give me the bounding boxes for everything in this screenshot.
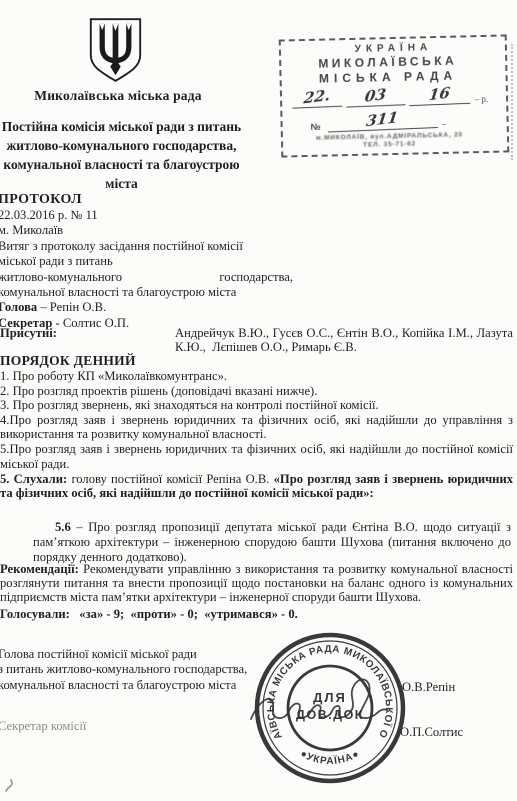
commission-line: житлово-комунального господарства, xyxy=(0,136,243,155)
registration-stamp: УКРАЇНА МИКОЛАЇВСЬКА МІСЬКА РАДА 22. 03 … xyxy=(279,34,510,157)
secretary-title: Секретар комісії xyxy=(0,719,86,734)
tryzub-emblem-icon xyxy=(87,15,144,86)
stamp-year-suffix: – р. xyxy=(474,94,488,104)
registration-stamp-content: УКРАЇНА МИКОЛАЇВСЬКА МІСЬКА РАДА 22. 03 … xyxy=(281,37,492,151)
handwritten-number: 311 xyxy=(366,108,400,130)
present-label: Присутні: xyxy=(0,326,57,341)
agenda-block: ПОРЯДОК ДЕННИЙ 1. Про роботу КП «Миколаї… xyxy=(0,353,513,471)
extract-left: житлово-комунального xyxy=(0,270,122,285)
commission-line: комунальної власності та благоустрою xyxy=(0,155,243,174)
stamp-number-label: № xyxy=(311,122,322,132)
agenda-item: 1. Про роботу КП «Миколаївкомунтранс». xyxy=(0,369,513,384)
org-name: Миколаївська міська рада xyxy=(18,88,218,104)
scan-edge-artifact xyxy=(511,44,513,160)
pen-mark-artifact xyxy=(3,776,19,794)
stamp-number-suffix: – xyxy=(442,119,447,129)
secretary-value: - Солтис О.П. xyxy=(52,316,129,330)
hearing-label: 5. Слухали: xyxy=(0,472,67,486)
agenda-item: 4.Про розгляд заяв і звернень юридичних … xyxy=(0,413,513,442)
handwritten-year: 16 xyxy=(428,84,451,105)
agenda-item: 5.Про розгляд заяв і звернень юридичних … xyxy=(0,442,513,471)
sub-item-text: – Про розгляд пропозиції депутата місько… xyxy=(33,520,511,564)
agenda-item: 2. Про розгляд проектів рішень (доповіда… xyxy=(0,384,513,399)
extract-line: Витяг з протоколу засідання постійної ко… xyxy=(0,239,513,254)
recommendations-label: Рекомендації: xyxy=(0,562,79,576)
present-names-line: Андрейчук В.Ю., Гусєв О.С., Єнтін В.О., … xyxy=(175,326,513,340)
present-names: Андрейчук В.Ю., Гусєв О.С., Єнтін В.О., … xyxy=(175,326,513,354)
extract-line: комунальної власності та благоустрою міс… xyxy=(0,285,513,300)
sub-item-paragraph: 5.6 – Про розгляд пропозиції депутата мі… xyxy=(33,520,511,565)
hearing-intro: голову постійної комісії Репіна О.В. xyxy=(67,472,273,486)
vote-line: Голосували: «за» - 9; «проти» - 0; «утри… xyxy=(0,607,298,622)
recommendations-paragraph: Рекомендації: Рекомендувати управлінню з… xyxy=(0,562,513,604)
stamp-number-row: № 311 – xyxy=(310,108,480,132)
sub-item-label: 5.6 xyxy=(55,520,71,534)
agenda-item: 3. Про розгляд звернень, які знаходяться… xyxy=(0,398,513,413)
head-label: Голова xyxy=(0,300,37,314)
agenda-heading: ПОРЯДОК ДЕННИЙ xyxy=(0,353,513,369)
extract-right: господарства, xyxy=(219,270,293,285)
present-names-line: К.Ю., Лєпішев О.О., Римарь Є.В. xyxy=(175,340,513,354)
round-seal: МИКОЛАЇВСЬКА МІСЬКА РАДА МИКОЛАЇВСЬКОЇ О… xyxy=(245,623,415,793)
stamp-date-row: 22. 03 16 – р. xyxy=(292,84,488,108)
extract-line: міської ради з питань xyxy=(0,254,513,269)
protocol-title: ПРОТОКОЛ xyxy=(0,191,513,208)
hearing-paragraph: 5. Слухали: голову постійної комісії Реп… xyxy=(0,472,513,500)
scanned-protocol-document: Миколаївська міська рада Постійна комісі… xyxy=(0,0,517,801)
handwritten-day: 22. xyxy=(303,86,332,107)
handwritten-month: 03 xyxy=(364,85,387,106)
extract-line-split: житлово-комунального господарства, xyxy=(0,270,293,285)
commission-name: Постійна комісія міської ради з питань ж… xyxy=(0,117,243,193)
protocol-city: м. Миколаїв xyxy=(0,223,513,238)
protocol-head-block: ПРОТОКОЛ 22.03.2016 р. № 11 м. Миколаїв … xyxy=(0,191,513,331)
commission-line: Постійна комісія міської ради з питань xyxy=(0,117,243,136)
head-value: – Репін О.В. xyxy=(37,300,106,314)
seal-center-line1: ДЛЯ xyxy=(313,690,347,705)
head-line: Голова – Репін О.В. xyxy=(0,300,513,315)
protocol-date-number: 22.03.2016 р. № 11 xyxy=(0,208,513,223)
